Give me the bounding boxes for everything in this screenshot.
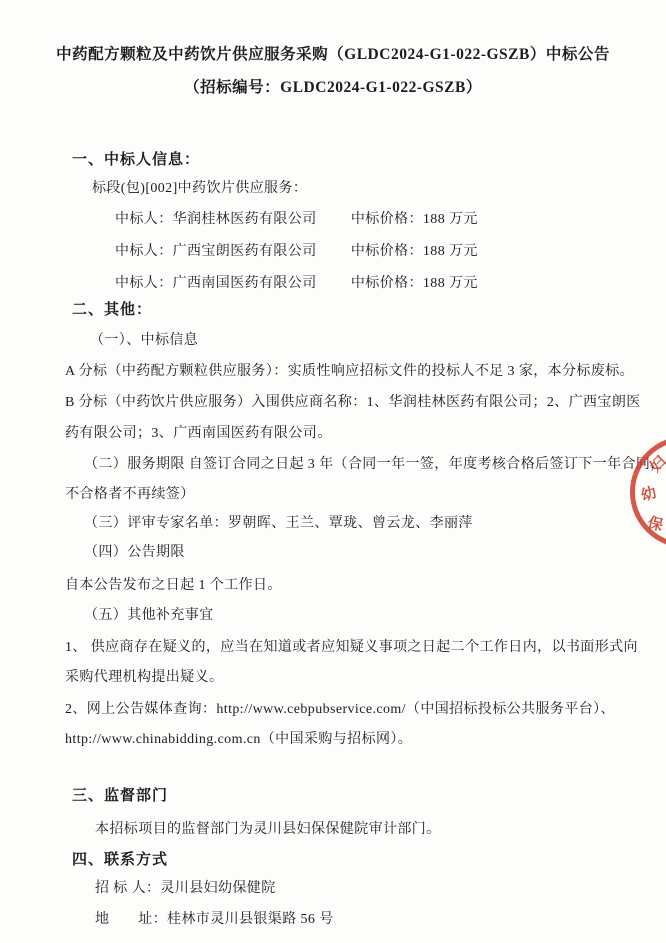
sub-heading-supplementary: （五）其他补充事宜 bbox=[84, 604, 214, 624]
winner-row: 中标人：华润桂林医药有限公司 中标价格：188 万元 bbox=[115, 208, 478, 228]
body-line-lot-b-cont: 药有限公司；3、广西南国医药有限公司。 bbox=[65, 422, 332, 442]
seal-character: 幼 bbox=[638, 481, 659, 506]
winner-name: 中标人：广西南国医药有限公司 bbox=[115, 272, 347, 292]
winner-price: 中标价格：188 万元 bbox=[351, 244, 478, 259]
tender-number: （招标编号：GLDC2024-G1-022-GSZB） bbox=[0, 75, 666, 97]
supervision-body-line: 本招标项目的监督部门为灵川县妇保保健院审计部门。 bbox=[95, 818, 441, 838]
body-line-lot-a: A 分标（中药配方颗粒供应服务）：实质性响应招标文件的投标人不足 3 家，本分标… bbox=[65, 360, 634, 380]
seal-character: 妇 bbox=[645, 451, 666, 476]
seal-character: 保 bbox=[646, 511, 666, 535]
section-1-heading: 一、中标人信息： bbox=[72, 148, 200, 169]
winner-row: 中标人：广西南国医药有限公司 中标价格：188 万元 bbox=[115, 272, 478, 292]
section-3-heading: 三、监督部门 bbox=[72, 784, 168, 805]
body-line-objection-cont: 采购代理机构提出疑义。 bbox=[65, 666, 223, 686]
sub-heading-notice-period: （四）公告期限 bbox=[84, 541, 185, 561]
sub-heading-award-info: （一）、中标信息 bbox=[90, 329, 198, 349]
body-line-lot-b: B 分标（中药饮片供应服务）入围供应商名称：1、华润桂林医药有限公司；2、广西宝… bbox=[65, 391, 641, 411]
body-line-media: 2、网上公告媒体查询：http://www.cebpubservice.com/… bbox=[65, 698, 615, 718]
body-line-service-term: （二）服务期限 自签订合同之日起 3 年（合同一年一签，年度考核合格后签订下一年… bbox=[84, 453, 665, 473]
body-line-media-cont: http://www.chinabidding.com.cn（中国采购与招标网）… bbox=[65, 728, 412, 748]
document-page: 中药配方颗粒及中药饮片供应服务采购（GLDC2024-G1-022-GSZB）中… bbox=[0, 0, 666, 943]
winner-price: 中标价格：188 万元 bbox=[351, 276, 478, 291]
section-2-heading: 二、其他： bbox=[72, 298, 152, 319]
winner-name: 中标人：华润桂林医药有限公司 bbox=[115, 208, 347, 228]
body-line-objection: 1、 供应商存在疑义的，应当在知道或者应知疑义事项之日起二个工作日内，以书面形式… bbox=[65, 636, 638, 656]
section-4-heading: 四、联系方式 bbox=[72, 848, 168, 869]
winner-price: 中标价格：188 万元 bbox=[351, 212, 478, 227]
contact-bidder-line: 招 标 人：灵川县妇幼保健院 bbox=[95, 877, 276, 897]
winner-row: 中标人：广西宝朗医药有限公司 中标价格：188 万元 bbox=[115, 240, 478, 260]
body-line-notice-period: 自本公告发布之日起 1 个工作日。 bbox=[65, 574, 282, 594]
document-title: 中药配方颗粒及中药饮片供应服务采购（GLDC2024-G1-022-GSZB）中… bbox=[0, 42, 666, 64]
body-line-service-term-cont: 不合格者不再续签） bbox=[65, 483, 195, 503]
winner-name: 中标人：广西宝朗医药有限公司 bbox=[115, 240, 347, 260]
lot-line: 标段(包)[002]中药饮片供应服务： bbox=[92, 177, 307, 197]
body-line-experts: （三）评审专家名单：罗朝晖、王兰、覃珑、曾云龙、李丽萍 bbox=[84, 512, 473, 532]
contact-address-line: 地 址：桂林市灵川县银渠路 56 号 bbox=[95, 908, 334, 928]
